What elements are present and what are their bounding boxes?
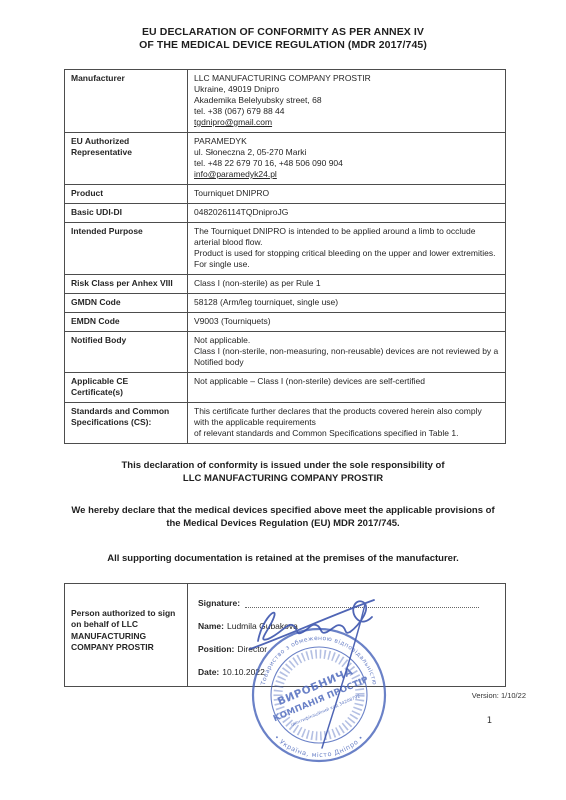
signature-fields: Signature: Name:Ludmila Gubakova Positio… (188, 583, 506, 686)
row-label: Standards and Common Specifications (CS)… (65, 403, 188, 444)
position-value: Director (237, 644, 267, 654)
row-label: EU Authorized Representative (65, 133, 188, 185)
value-line: Product is used for stopping critical bl… (194, 248, 499, 259)
row-value: This certificate further declares that t… (188, 403, 506, 444)
version-note: Version: 1/10/22 (0, 691, 566, 700)
declaration-line: This declaration of conformity is issued… (0, 460, 566, 473)
document-title: EU DECLARATION OF CONFORMITY AS PER ANNE… (0, 0, 566, 52)
name-label: Name: (198, 621, 224, 631)
value-line: Not applicable. (194, 335, 499, 346)
signature-table: Person authorized to sign on behalf of L… (64, 583, 506, 687)
value-line: PARAMEDYK (194, 136, 499, 147)
value-line: Akademika Belelyubsky street, 68 (194, 95, 499, 106)
date-label: Date: (198, 667, 219, 677)
table-row-eu-representative: EU Authorized Representative PARAMEDYK u… (65, 133, 506, 185)
row-label: GMDN Code (65, 294, 188, 313)
manufacturer-email-link[interactable]: tgdnipro@gmail.com (194, 117, 499, 128)
table-row-product: Product Tourniquet DNIPRO (65, 185, 506, 204)
signature-row: Person authorized to sign on behalf of L… (65, 583, 506, 686)
value-line: 58128 (Arm/leg tourniquet, single use) (194, 297, 499, 308)
row-value: Not applicable – Class I (non-sterile) d… (188, 373, 506, 403)
value-line: V9003 (Tourniquets) (194, 316, 499, 327)
value-line: Class I (non-sterile) as per Rule 1 (194, 278, 499, 289)
title-line2: OF THE MEDICAL DEVICE REGULATION (MDR 20… (0, 39, 566, 52)
stamp-ring-bottom-text: • Україна, місто Дніпро • (273, 733, 366, 759)
table-row-ce-certificates: Applicable CE Certificate(s) Not applica… (65, 373, 506, 403)
table-row-standards: Standards and Common Specifications (CS)… (65, 403, 506, 444)
table-row-intended-purpose: Intended Purpose The Tourniquet DNIPRO i… (65, 223, 506, 275)
value-line: LLC MANUFACTURING COMPANY PROSTIR (194, 73, 499, 84)
row-label: Product (65, 185, 188, 204)
value-line: of relevant standards and Common Specifi… (194, 428, 499, 439)
declaration-line: All supporting documentation is retained… (0, 553, 566, 566)
date-value: 10.10.2022 (222, 667, 265, 677)
value-line: Not applicable – Class I (non-sterile) d… (194, 376, 499, 387)
row-value: LLC MANUFACTURING COMPANY PROSTIR Ukrain… (188, 70, 506, 133)
date-row: Date:10.10.2022 (198, 667, 495, 678)
table-row-gmdn-code: GMDN Code 58128 (Arm/leg tourniquet, sin… (65, 294, 506, 313)
value-line: Class I (non-sterile, non-measuring, non… (194, 346, 499, 368)
value-line: Tourniquet DNIPRO (194, 188, 499, 199)
row-label: Basic UDI-DI (65, 204, 188, 223)
declaration-responsibility: This declaration of conformity is issued… (0, 460, 566, 485)
signature-line: Signature: (198, 598, 495, 609)
declaration-line: the Medical Devices Regulation (EU) MDR … (0, 518, 566, 531)
position-label: Position: (198, 644, 234, 654)
row-value: 58128 (Arm/leg tourniquet, single use) (188, 294, 506, 313)
row-label: Notified Body (65, 332, 188, 373)
name-row: Name:Ludmila Gubakova (198, 621, 495, 632)
table-row-notified-body: Notified Body Not applicable. Class I (n… (65, 332, 506, 373)
value-line: tel. +38 (067) 679 88 44 (194, 106, 499, 117)
row-label: Manufacturer (65, 70, 188, 133)
svg-text:• Україна, місто Дніпро •: • Україна, місто Дніпро • (273, 733, 366, 759)
declaration-line: LLC MANUFACTURING COMPANY PROSTIR (0, 473, 566, 486)
value-line: tel. +48 22 679 70 16, +48 506 090 904 (194, 158, 499, 169)
table-row-manufacturer: Manufacturer LLC MANUFACTURING COMPANY P… (65, 70, 506, 133)
representative-email-link[interactable]: info@paramedyk24.pl (194, 169, 499, 180)
value-line: 0482026114TQDniproJG (194, 207, 499, 218)
position-row: Position:Director (198, 644, 495, 655)
name-value: Ludmila Gubakova (227, 621, 298, 631)
table-row-basic-udi-di: Basic UDI-DI 0482026114TQDniproJG (65, 204, 506, 223)
row-label: EMDN Code (65, 313, 188, 332)
row-value: V9003 (Tourniquets) (188, 313, 506, 332)
signature-label: Signature: (198, 598, 240, 609)
value-line: ul. Słoneczna 2, 05-270 Marki (194, 147, 499, 158)
row-label: Risk Class per Anhex VIII (65, 275, 188, 294)
row-value: Class I (non-sterile) as per Rule 1 (188, 275, 506, 294)
declaration-line: We hereby declare that the medical devic… (0, 505, 566, 518)
value-line: This certificate further declares that t… (194, 406, 499, 428)
declaration-provisions: We hereby declare that the medical devic… (0, 505, 566, 530)
declaration-documentation: All supporting documentation is retained… (0, 553, 566, 566)
document-page: EU DECLARATION OF CONFORMITY AS PER ANNE… (0, 0, 566, 800)
row-value: PARAMEDYK ul. Słoneczna 2, 05-270 Marki … (188, 133, 506, 185)
value-line: Ukraine, 49019 Dnipro (194, 84, 499, 95)
page-number: 1 (0, 716, 566, 726)
row-value: Not applicable. Class I (non-sterile, no… (188, 332, 506, 373)
spec-table: Manufacturer LLC MANUFACTURING COMPANY P… (64, 69, 506, 444)
signature-dotted-line (245, 598, 479, 608)
title-line1: EU DECLARATION OF CONFORMITY AS PER ANNE… (0, 26, 566, 39)
value-line: For single use. (194, 259, 499, 270)
table-row-risk-class: Risk Class per Anhex VIII Class I (non-s… (65, 275, 506, 294)
authorized-person-label: Person authorized to sign on behalf of L… (65, 583, 188, 686)
value-line: The Tourniquet DNIPRO is intended to be … (194, 226, 499, 248)
row-value: The Tourniquet DNIPRO is intended to be … (188, 223, 506, 275)
table-row-emdn-code: EMDN Code V9003 (Tourniquets) (65, 313, 506, 332)
row-label: Applicable CE Certificate(s) (65, 373, 188, 403)
row-value: 0482026114TQDniproJG (188, 204, 506, 223)
row-label: Intended Purpose (65, 223, 188, 275)
row-value: Tourniquet DNIPRO (188, 185, 506, 204)
